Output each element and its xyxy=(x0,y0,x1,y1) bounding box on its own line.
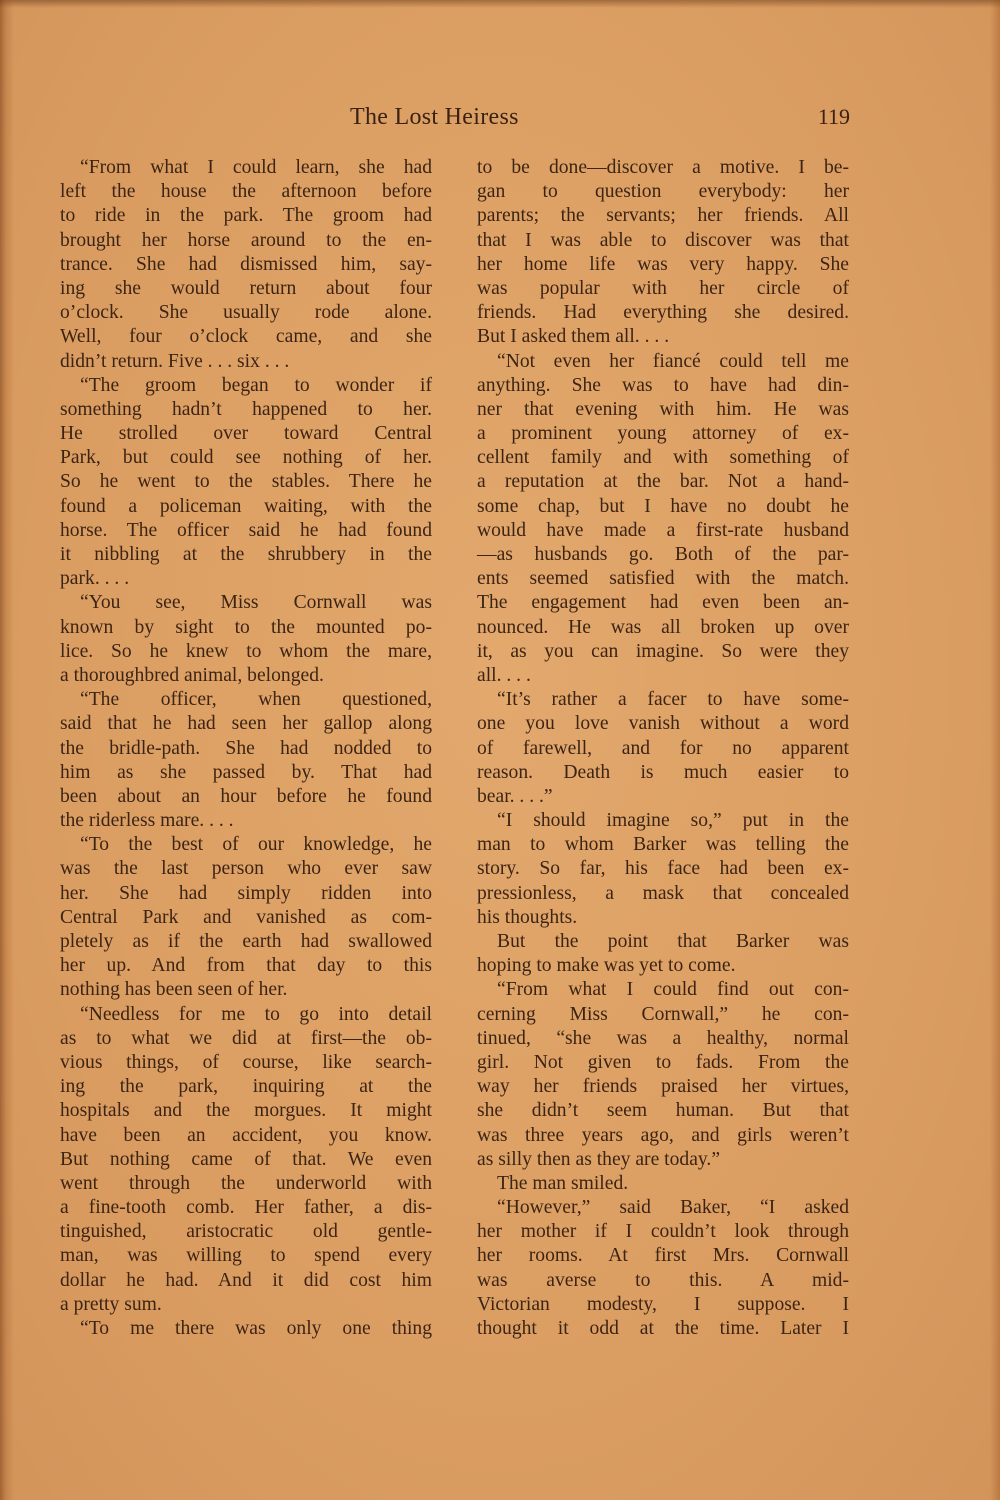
text-line: all. . . . xyxy=(477,664,849,688)
text-line: horse. The officer said he had found xyxy=(60,519,432,543)
text-line: ing the park, inquiring at the xyxy=(60,1075,432,1099)
text-line: “Not even her fiancé could tell me xyxy=(477,350,849,374)
text-line: girl. Not given to fads. From the xyxy=(477,1051,849,1075)
text-line: cellent family and with something of xyxy=(477,446,849,470)
text-line: known by sight to the mounted po- xyxy=(60,616,432,640)
text-line: “I should imagine so,” put in the xyxy=(477,809,849,833)
text-line: a fine-tooth comb. Her father, a dis- xyxy=(60,1196,432,1220)
text-line: But the point that Barker was xyxy=(477,930,849,954)
text-line: a reputation at the bar. Not a hand- xyxy=(477,470,849,494)
text-line: He strolled over toward Central xyxy=(60,422,432,446)
text-line: park. . . . xyxy=(60,567,432,591)
text-line: some chap, but I have no doubt he xyxy=(477,495,849,519)
text-line: vious things, of course, like search- xyxy=(60,1051,432,1075)
text-line: ing she would return about four xyxy=(60,277,432,301)
text-line: a pretty sum. xyxy=(60,1293,432,1317)
text-line: nothing has been seen of her. xyxy=(60,978,432,1002)
text-line: was popular with her circle of xyxy=(477,277,849,301)
text-line: “It’s rather a facer to have some- xyxy=(477,688,849,712)
text-line: him as she passed by. That had xyxy=(60,761,432,785)
text-line: found a policeman waiting, with the xyxy=(60,495,432,519)
text-line: way her friends praised her virtues, xyxy=(477,1075,849,1099)
text-line: “To the best of our knowledge, he xyxy=(60,833,432,857)
page-number: 119 xyxy=(818,104,850,130)
text-line: anything. She was to have had din- xyxy=(477,374,849,398)
text-line: she didn’t seem human. But that xyxy=(477,1099,849,1123)
text-line: ner that evening with him. He was xyxy=(477,398,849,422)
text-line: tinued, “she was a healthy, normal xyxy=(477,1027,849,1051)
text-line: nounced. He was all broken up over xyxy=(477,616,849,640)
book-page: The Lost Heiress 119 “From what I could … xyxy=(0,0,1000,1500)
text-line: her home life was very happy. She xyxy=(477,253,849,277)
text-line: thought it odd at the time. Later I xyxy=(477,1317,849,1341)
text-line: “You see, Miss Cornwall was xyxy=(60,591,432,615)
text-line: “From what I could learn, she had xyxy=(60,156,432,180)
text-line: “To me there was only one thing xyxy=(60,1317,432,1341)
text-line: trance. She had dismissed him, say- xyxy=(60,253,432,277)
running-head: The Lost Heiress 119 xyxy=(350,104,850,134)
text-line: would have made a first-rate husband xyxy=(477,519,849,543)
text-line: have been an accident, you know. xyxy=(60,1124,432,1148)
text-line: Victorian modesty, I suppose. I xyxy=(477,1293,849,1317)
text-line: it nibbling at the shrubbery in the xyxy=(60,543,432,567)
text-line: But I asked them all. . . . xyxy=(477,325,849,349)
text-line: left the house the afternoon before xyxy=(60,180,432,204)
text-line: was three years ago, and girls weren’t xyxy=(477,1124,849,1148)
text-line: bear. . . .” xyxy=(477,785,849,809)
text-line: been about an hour before he found xyxy=(60,785,432,809)
text-line: cerning Miss Cornwall,” he con- xyxy=(477,1003,849,1027)
text-column-left: “From what I could learn, she hadleft th… xyxy=(60,156,432,1341)
text-line: her mother if I couldn’t look through xyxy=(477,1220,849,1244)
text-line: hoping to make was yet to come. xyxy=(477,954,849,978)
text-line: was averse to this. A mid- xyxy=(477,1269,849,1293)
text-line: The man smiled. xyxy=(477,1172,849,1196)
text-line: that I was able to discover was that xyxy=(477,229,849,253)
text-line: “Needless for me to go into detail xyxy=(60,1003,432,1027)
text-line: o’clock. She usually rode alone. xyxy=(60,301,432,325)
text-line: “The officer, when questioned, xyxy=(60,688,432,712)
text-line: the bridle-path. She had nodded to xyxy=(60,737,432,761)
text-line: man to whom Barker was telling the xyxy=(477,833,849,857)
text-line: to ride in the park. The groom had xyxy=(60,204,432,228)
text-line: The engagement had even been an- xyxy=(477,591,849,615)
text-line: story. So far, his face had been ex- xyxy=(477,857,849,881)
text-line: her. She had simply ridden into xyxy=(60,882,432,906)
text-line: Well, four o’clock came, and she xyxy=(60,325,432,349)
text-line: reason. Death is much easier to xyxy=(477,761,849,785)
text-line: tinguished, aristocratic old gentle- xyxy=(60,1220,432,1244)
text-line: one you love vanish without a word xyxy=(477,712,849,736)
text-line: lice. So he knew to whom the mare, xyxy=(60,640,432,664)
text-line: her rooms. At first Mrs. Cornwall xyxy=(477,1244,849,1268)
text-line: So he went to the stables. There he xyxy=(60,470,432,494)
text-line: as silly then as they are today.” xyxy=(477,1148,849,1172)
text-column-right: to be done—discover a motive. I be-gan t… xyxy=(477,156,849,1341)
text-line: her up. And from that day to this xyxy=(60,954,432,978)
text-line: dollar he had. And it did cost him xyxy=(60,1269,432,1293)
text-line: gan to question everybody: her xyxy=(477,180,849,204)
text-line: —as husbands go. Both of the par- xyxy=(477,543,849,567)
text-line: went through the underworld with xyxy=(60,1172,432,1196)
text-line: pletely as if the earth had swallowed xyxy=(60,930,432,954)
text-line: a thoroughbred animal, belonged. xyxy=(60,664,432,688)
text-line: was the last person who ever saw xyxy=(60,857,432,881)
text-line: hospitals and the morgues. It might xyxy=(60,1099,432,1123)
text-line: it, as you can imagine. So were they xyxy=(477,640,849,664)
text-line: a prominent young attorney of ex- xyxy=(477,422,849,446)
text-line: Park, but could see nothing of her. xyxy=(60,446,432,470)
text-line: man, was willing to spend every xyxy=(60,1244,432,1268)
running-title: The Lost Heiress xyxy=(350,104,519,131)
text-line: said that he had seen her gallop along xyxy=(60,712,432,736)
text-line: pressionless, a mask that concealed xyxy=(477,882,849,906)
text-line: the riderless mare. . . . xyxy=(60,809,432,833)
text-line: “The groom began to wonder if xyxy=(60,374,432,398)
text-line: brought her horse around to the en- xyxy=(60,229,432,253)
text-line: of farewell, and for no apparent xyxy=(477,737,849,761)
text-line: “However,” said Baker, “I asked xyxy=(477,1196,849,1220)
text-line: as to what we did at first—the ob- xyxy=(60,1027,432,1051)
text-line: “From what I could find out con- xyxy=(477,978,849,1002)
text-line: ents seemed satisfied with the match. xyxy=(477,567,849,591)
text-line: parents; the servants; her friends. All xyxy=(477,204,849,228)
text-line: friends. Had everything she desired. xyxy=(477,301,849,325)
text-line: something hadn’t happened to her. xyxy=(60,398,432,422)
text-line: his thoughts. xyxy=(477,906,849,930)
text-line: But nothing came of that. We even xyxy=(60,1148,432,1172)
text-line: Central Park and vanished as com- xyxy=(60,906,432,930)
text-line: to be done—discover a motive. I be- xyxy=(477,156,849,180)
text-line: didn’t return. Five . . . six . . . xyxy=(60,350,432,374)
